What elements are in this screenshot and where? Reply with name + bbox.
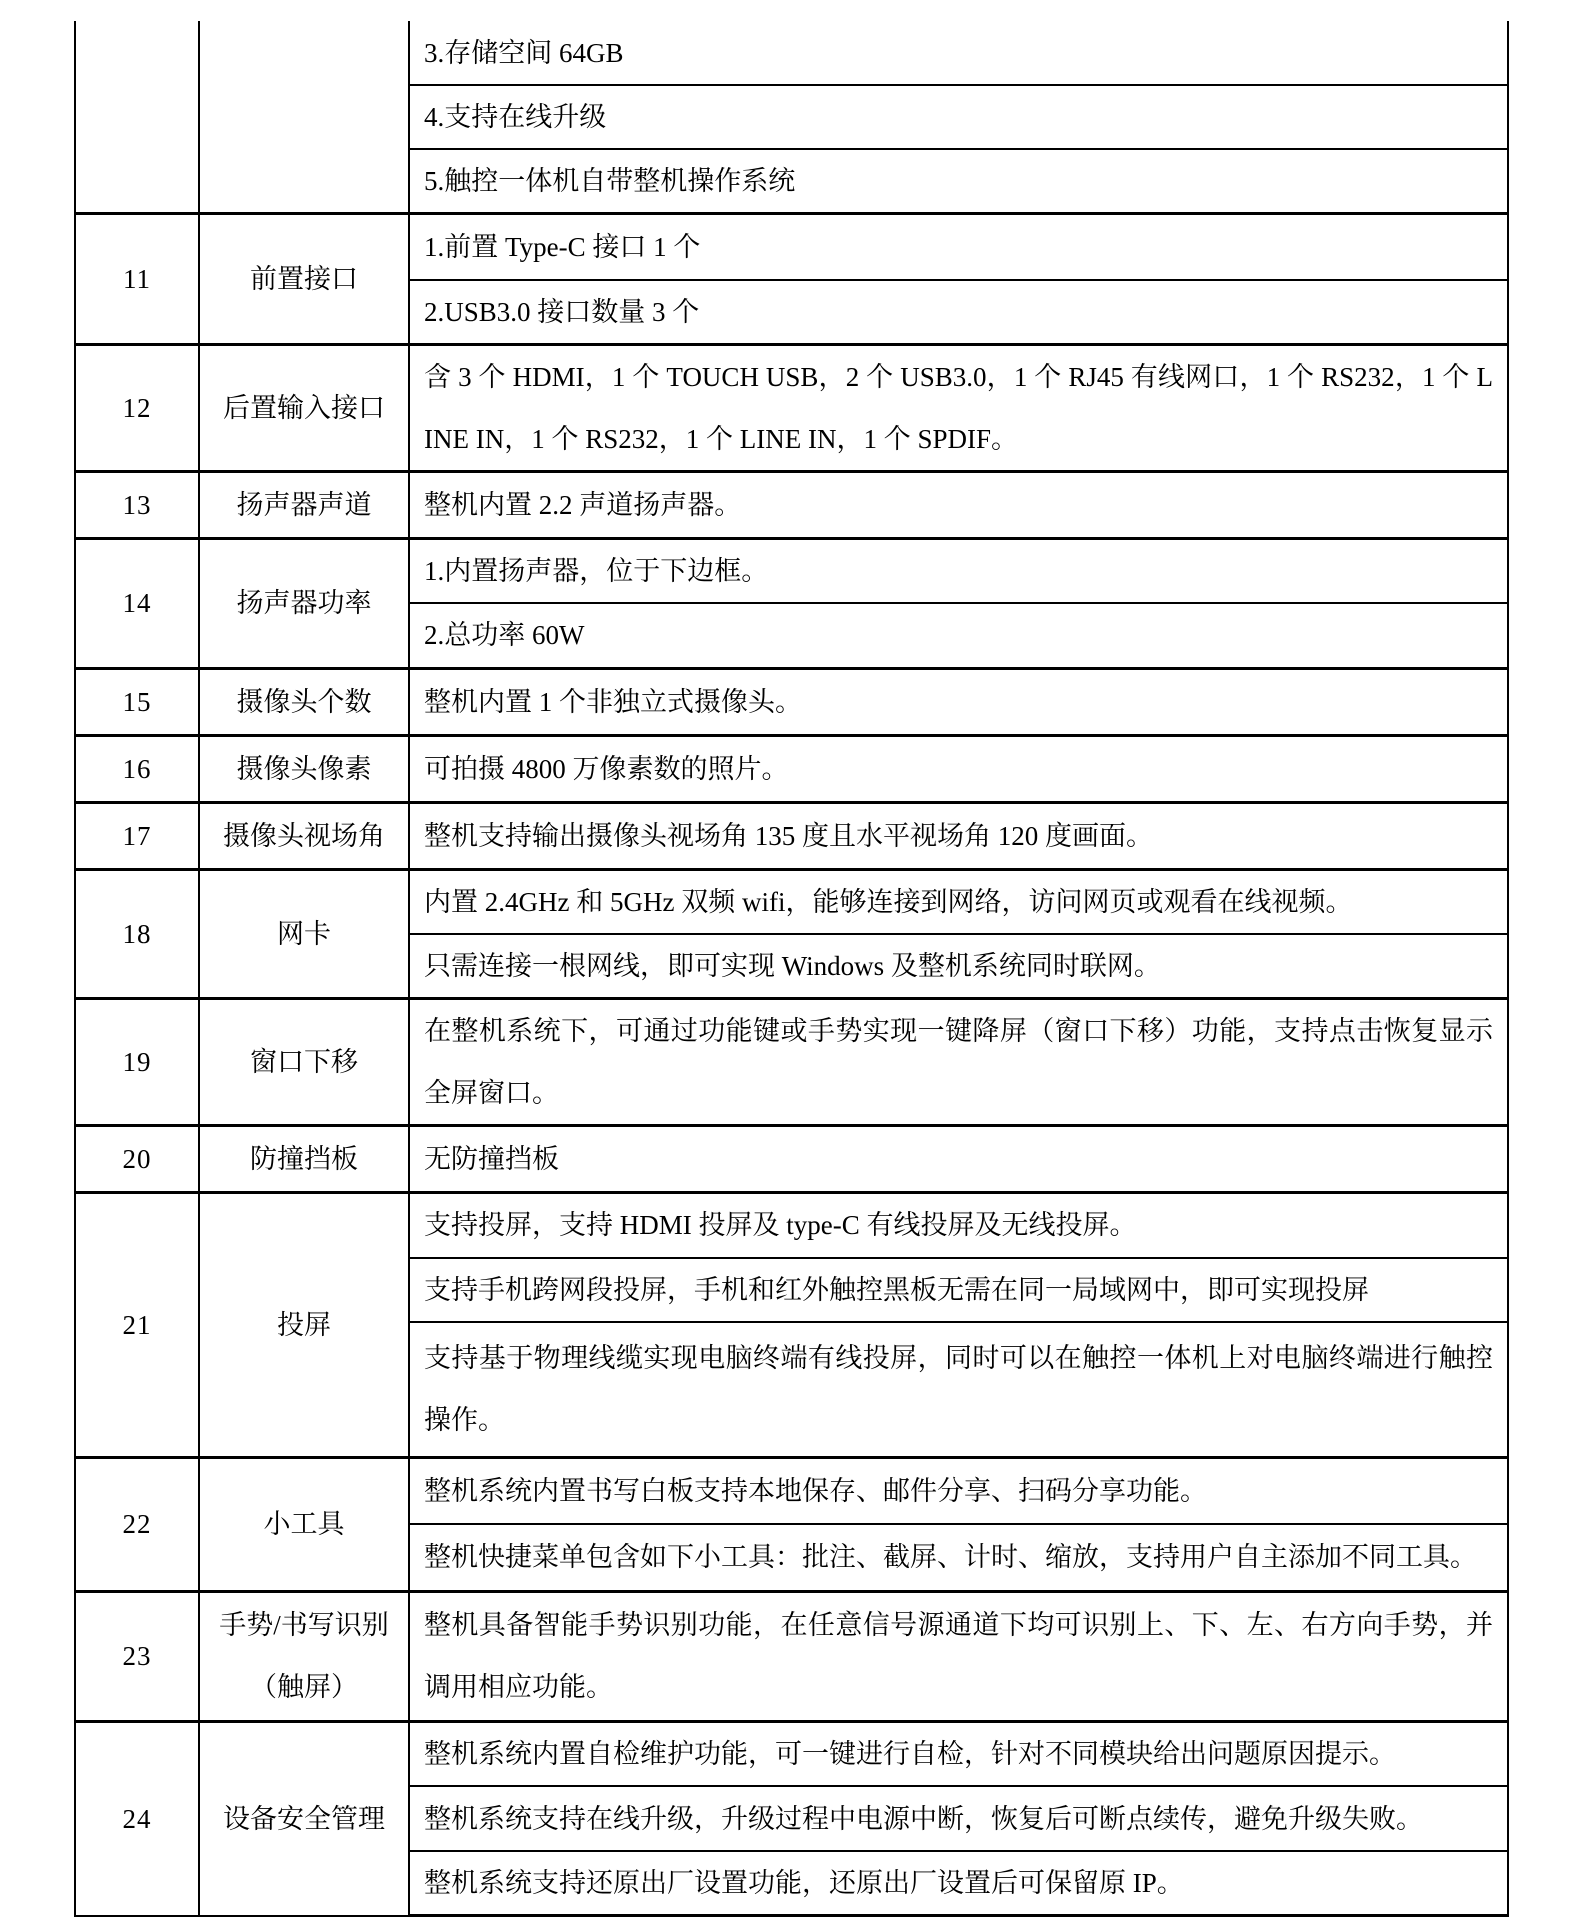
row-number: 23 (75, 1591, 199, 1721)
row-description: 整机系统内置自检维护功能，可一键进行自检，针对不同模块给出问题原因提示。 (409, 1721, 1508, 1786)
row-category (199, 21, 409, 214)
row-category: 手势/书写识别（触屏） (199, 1591, 409, 1721)
row-number: 18 (75, 869, 199, 998)
row-description: 5.触控一体机自带整机操作系统 (409, 149, 1508, 214)
row-description: 支持投屏，支持 HDMI 投屏及 type-C 有线投屏及无线投屏。 (409, 1192, 1508, 1258)
row-description: 整机系统支持还原出厂设置功能，还原出厂设置后可保留原 IP。 (409, 1851, 1508, 1916)
row-category: 设备安全管理 (199, 1721, 409, 1916)
row-description: 整机支持输出摄像头视场角 135 度且水平视场角 120 度画面。 (409, 802, 1508, 869)
row-description: 整机快捷菜单包含如下小工具：批注、截屏、计时、缩放，支持用户自主添加不同工具。 (409, 1524, 1508, 1591)
row-description: 整机系统支持在线升级，升级过程中电源中断，恢复后可断点续传，避免升级失败。 (409, 1786, 1508, 1851)
row-description: 整机内置 2.2 声道扬声器。 (409, 472, 1508, 539)
row-number: 21 (75, 1192, 199, 1457)
table-row: 3.存储空间 64GB (75, 21, 1508, 85)
row-number: 20 (75, 1125, 199, 1192)
table-row: 23 手势/书写识别（触屏） 整机具备智能手势识别功能，在任意信号源通道下均可识… (75, 1591, 1508, 1721)
row-number: 17 (75, 802, 199, 869)
row-category: 小工具 (199, 1457, 409, 1591)
row-description: 1.前置 Type-C 接口 1 个 (409, 214, 1508, 280)
document-page: 3.存储空间 64GB 4.支持在线升级 5.触控一体机自带整机操作系统 11 … (0, 0, 1587, 1925)
row-description: 只需连接一根网线，即可实现 Windows 及整机系统同时联网。 (409, 934, 1508, 999)
row-description: 支持基于物理线缆实现电脑终端有线投屏，同时可以在触控一体机上对电脑终端进行触控操… (409, 1322, 1508, 1457)
row-category: 投屏 (199, 1192, 409, 1457)
row-description: 2.USB3.0 接口数量 3 个 (409, 280, 1508, 345)
row-number: 12 (75, 345, 199, 472)
table-row: 22 小工具 整机系统内置书写白板支持本地保存、邮件分享、扫码分享功能。 (75, 1457, 1508, 1524)
table-row: 12 后置输入接口 含 3 个 HDMI，1 个 TOUCH USB，2 个 U… (75, 345, 1508, 472)
row-description: 4.支持在线升级 (409, 85, 1508, 149)
row-number (75, 21, 199, 214)
row-category: 窗口下移 (199, 998, 409, 1125)
table-row: 16 摄像头像素 可拍摄 4800 万像素数的照片。 (75, 735, 1508, 802)
row-category: 摄像头个数 (199, 668, 409, 735)
row-description: 2.总功率 60W (409, 603, 1508, 668)
row-description: 3.存储空间 64GB (409, 21, 1508, 85)
table-row: 24 设备安全管理 整机系统内置自检维护功能，可一键进行自检，针对不同模块给出问… (75, 1721, 1508, 1786)
row-number: 15 (75, 668, 199, 735)
row-number: 11 (75, 214, 199, 345)
row-category: 摄像头像素 (199, 735, 409, 802)
row-description: 内置 2.4GHz 和 5GHz 双频 wifi，能够连接到网络，访问网页或观看… (409, 869, 1508, 934)
row-description: 整机内置 1 个非独立式摄像头。 (409, 668, 1508, 735)
table-row: 14 扬声器功率 1.内置扬声器，位于下边框。 (75, 539, 1508, 604)
row-description: 整机系统内置书写白板支持本地保存、邮件分享、扫码分享功能。 (409, 1457, 1508, 1524)
row-description: 无防撞挡板 (409, 1125, 1508, 1192)
table-row: 20 防撞挡板 无防撞挡板 (75, 1125, 1508, 1192)
row-category: 摄像头视场角 (199, 802, 409, 869)
row-category: 扬声器声道 (199, 472, 409, 539)
row-number: 24 (75, 1721, 199, 1916)
spec-table: 3.存储空间 64GB 4.支持在线升级 5.触控一体机自带整机操作系统 11 … (74, 21, 1509, 1917)
row-number: 19 (75, 998, 199, 1125)
table-row: 19 窗口下移 在整机系统下，可通过功能键或手势实现一键降屏（窗口下移）功能，支… (75, 998, 1508, 1125)
row-description: 可拍摄 4800 万像素数的照片。 (409, 735, 1508, 802)
row-description: 含 3 个 HDMI，1 个 TOUCH USB，2 个 USB3.0，1 个 … (409, 345, 1508, 472)
row-description: 整机具备智能手势识别功能，在任意信号源通道下均可识别上、下、左、右方向手势，并调… (409, 1591, 1508, 1721)
row-category: 扬声器功率 (199, 539, 409, 669)
row-number: 14 (75, 539, 199, 669)
table-row: 11 前置接口 1.前置 Type-C 接口 1 个 (75, 214, 1508, 280)
row-number: 13 (75, 472, 199, 539)
row-category: 前置接口 (199, 214, 409, 345)
table-row: 18 网卡 内置 2.4GHz 和 5GHz 双频 wifi，能够连接到网络，访… (75, 869, 1508, 934)
row-description: 在整机系统下，可通过功能键或手势实现一键降屏（窗口下移）功能，支持点击恢复显示全… (409, 998, 1508, 1125)
row-category: 防撞挡板 (199, 1125, 409, 1192)
row-category: 网卡 (199, 869, 409, 998)
row-description: 1.内置扬声器，位于下边框。 (409, 539, 1508, 604)
row-number: 22 (75, 1457, 199, 1591)
row-number: 16 (75, 735, 199, 802)
table-row: 13 扬声器声道 整机内置 2.2 声道扬声器。 (75, 472, 1508, 539)
row-description: 支持手机跨网段投屏，手机和红外触控黑板无需在同一局域网中，即可实现投屏 (409, 1258, 1508, 1322)
table-row: 21 投屏 支持投屏，支持 HDMI 投屏及 type-C 有线投屏及无线投屏。 (75, 1192, 1508, 1258)
row-category: 后置输入接口 (199, 345, 409, 472)
table-row: 17 摄像头视场角 整机支持输出摄像头视场角 135 度且水平视场角 120 度… (75, 802, 1508, 869)
table-row: 15 摄像头个数 整机内置 1 个非独立式摄像头。 (75, 668, 1508, 735)
